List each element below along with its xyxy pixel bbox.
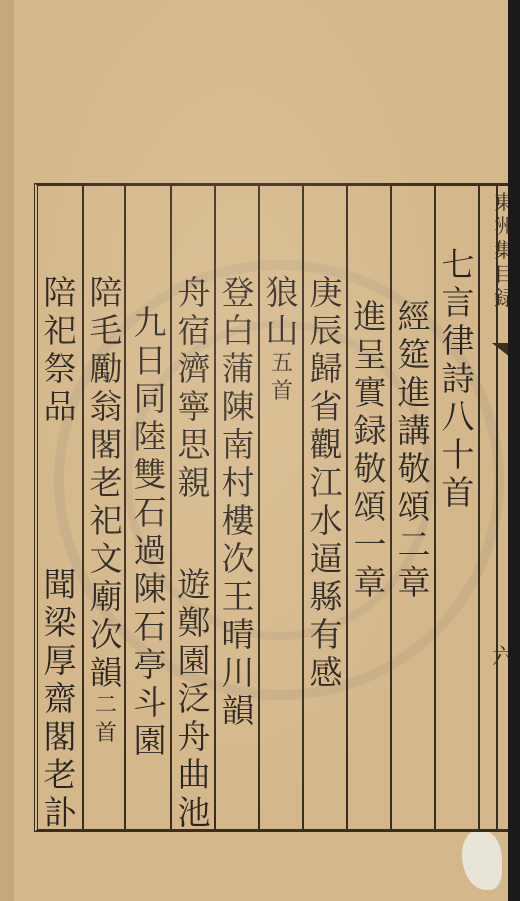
character: 江 xyxy=(310,464,343,502)
text-column-7-lower: 遊鄭園泛舟曲池 xyxy=(174,566,214,832)
character: 律 xyxy=(442,322,475,360)
character: 觀 xyxy=(310,426,343,464)
column-rule xyxy=(302,186,304,829)
character: 祀 xyxy=(90,502,123,540)
character: 有 xyxy=(310,616,343,654)
character: 祀 xyxy=(44,312,77,350)
character: 親 xyxy=(178,464,211,502)
text-column-9: 陪毛勵翁閣老祀文廟次韻二首 xyxy=(86,274,126,748)
character: 詩 xyxy=(442,360,475,398)
character: 庚 xyxy=(310,274,343,312)
character: 園 xyxy=(178,642,211,680)
character: 一 xyxy=(354,526,387,564)
character: 山 xyxy=(266,312,299,350)
text-frame: 七言律詩八十首 經筵進講敬頌二章 進呈實録敬頌一章 庚辰歸省觀江水逼縣有感 狼山… xyxy=(34,183,516,832)
character: 同 xyxy=(134,380,167,418)
character: 頌 xyxy=(354,488,387,526)
character: 老 xyxy=(90,464,123,502)
character: 過 xyxy=(134,532,167,570)
character: 進 xyxy=(398,374,431,412)
character: 鄭 xyxy=(178,604,211,642)
character: 陳 xyxy=(222,388,255,426)
character: 思 xyxy=(178,426,211,464)
character: 文 xyxy=(90,540,123,578)
character: 舟 xyxy=(178,718,211,756)
character: 録 xyxy=(354,412,387,450)
character: 首 xyxy=(95,720,117,748)
character: 寧 xyxy=(178,388,211,426)
character: 七 xyxy=(442,246,475,284)
character: 八 xyxy=(442,398,475,436)
character: 筵 xyxy=(398,336,431,374)
character: 毛 xyxy=(90,312,123,350)
character: 王 xyxy=(222,578,255,616)
character: 齋 xyxy=(44,680,77,718)
character: 厚 xyxy=(44,642,77,680)
character: 十 xyxy=(442,436,475,474)
character: 訃 xyxy=(44,794,77,832)
character: 次 xyxy=(90,616,123,654)
character: 陸 xyxy=(134,418,167,456)
character: 敬 xyxy=(354,450,387,488)
character: 言 xyxy=(442,284,475,322)
character: 章 xyxy=(354,564,387,602)
character: 曲 xyxy=(178,756,211,794)
character: 實 xyxy=(354,374,387,412)
paper-damage-spot xyxy=(462,830,502,890)
text-column-8: 九日同陸雙石過陳石亭斗園 xyxy=(130,304,170,760)
character: 閣 xyxy=(90,426,123,464)
character: 石 xyxy=(134,608,167,646)
character: 二 xyxy=(398,526,431,564)
character: 梁 xyxy=(44,604,77,642)
character: 狼 xyxy=(266,274,299,312)
text-column-7: 舟宿濟寧思親 xyxy=(174,274,214,502)
text-column-1: 七言律詩八十首 xyxy=(438,246,478,512)
text-column-10-lower: 聞梁厚齋閣老訃 xyxy=(40,566,80,832)
character: 川 xyxy=(222,654,255,692)
column-rule xyxy=(390,186,392,829)
character: 感 xyxy=(310,654,343,692)
column-rule xyxy=(346,186,348,829)
character: 廟 xyxy=(90,578,123,616)
character: 陪 xyxy=(90,274,123,312)
character: 章 xyxy=(398,564,431,602)
column-rule xyxy=(214,186,216,829)
column-rule xyxy=(82,186,84,829)
text-column-2: 經筵進講敬頌二章 xyxy=(394,298,434,602)
character: 登 xyxy=(222,274,255,312)
character: 陪 xyxy=(44,274,77,312)
character: 經 xyxy=(398,298,431,336)
character: 品 xyxy=(44,388,77,426)
character: 斗 xyxy=(134,684,167,722)
text-column-6: 登白蒲陳南村樓次王晴川韻 xyxy=(218,274,258,730)
character: 亭 xyxy=(134,646,167,684)
character: 敬 xyxy=(398,450,431,488)
character: 閣 xyxy=(44,718,77,756)
character: 頌 xyxy=(398,488,431,526)
character: 辰 xyxy=(310,312,343,350)
character: 縣 xyxy=(310,578,343,616)
column-rule xyxy=(258,186,260,829)
character: 二 xyxy=(95,692,117,720)
character: 九 xyxy=(134,304,167,342)
character: 舟 xyxy=(178,274,211,312)
character: 逼 xyxy=(310,540,343,578)
character: 石 xyxy=(134,494,167,532)
text-column-4: 庚辰歸省觀江水逼縣有感 xyxy=(306,274,346,692)
character: 祭 xyxy=(44,350,77,388)
character: 池 xyxy=(178,794,211,832)
text-column-5: 狼山五首 xyxy=(262,274,302,406)
character: 泛 xyxy=(178,680,211,718)
character: 勵 xyxy=(90,350,123,388)
character: 聞 xyxy=(44,566,77,604)
character: 五 xyxy=(271,350,293,378)
character: 宿 xyxy=(178,312,211,350)
character: 園 xyxy=(134,722,167,760)
book-page: 七言律詩八十首 經筵進講敬頌二章 進呈實録敬頌一章 庚辰歸省觀江水逼縣有感 狼山… xyxy=(14,0,508,901)
character: 村 xyxy=(222,464,255,502)
text-column-3: 進呈實録敬頌一章 xyxy=(350,298,390,602)
character: 南 xyxy=(222,426,255,464)
character: 蒲 xyxy=(222,350,255,388)
character: 次 xyxy=(222,540,255,578)
column-rule xyxy=(478,186,480,829)
character: 遊 xyxy=(178,566,211,604)
character: 韻 xyxy=(222,692,255,730)
character: 水 xyxy=(310,502,343,540)
character: 白 xyxy=(222,312,255,350)
character: 翁 xyxy=(90,388,123,426)
character: 樓 xyxy=(222,502,255,540)
character: 韻 xyxy=(90,654,123,692)
character: 省 xyxy=(310,388,343,426)
text-column-10: 陪祀祭品 xyxy=(40,274,80,426)
character: 首 xyxy=(442,474,475,512)
character: 講 xyxy=(398,412,431,450)
character: 進 xyxy=(354,298,387,336)
character: 雙 xyxy=(134,456,167,494)
character: 歸 xyxy=(310,350,343,388)
character: 呈 xyxy=(354,336,387,374)
character: 首 xyxy=(271,378,293,406)
column-rule xyxy=(170,186,172,829)
character: 濟 xyxy=(178,350,211,388)
character: 晴 xyxy=(222,616,255,654)
column-rule xyxy=(434,186,436,829)
character: 陳 xyxy=(134,570,167,608)
scan-edge xyxy=(508,0,520,901)
character: 老 xyxy=(44,756,77,794)
character: 日 xyxy=(134,342,167,380)
